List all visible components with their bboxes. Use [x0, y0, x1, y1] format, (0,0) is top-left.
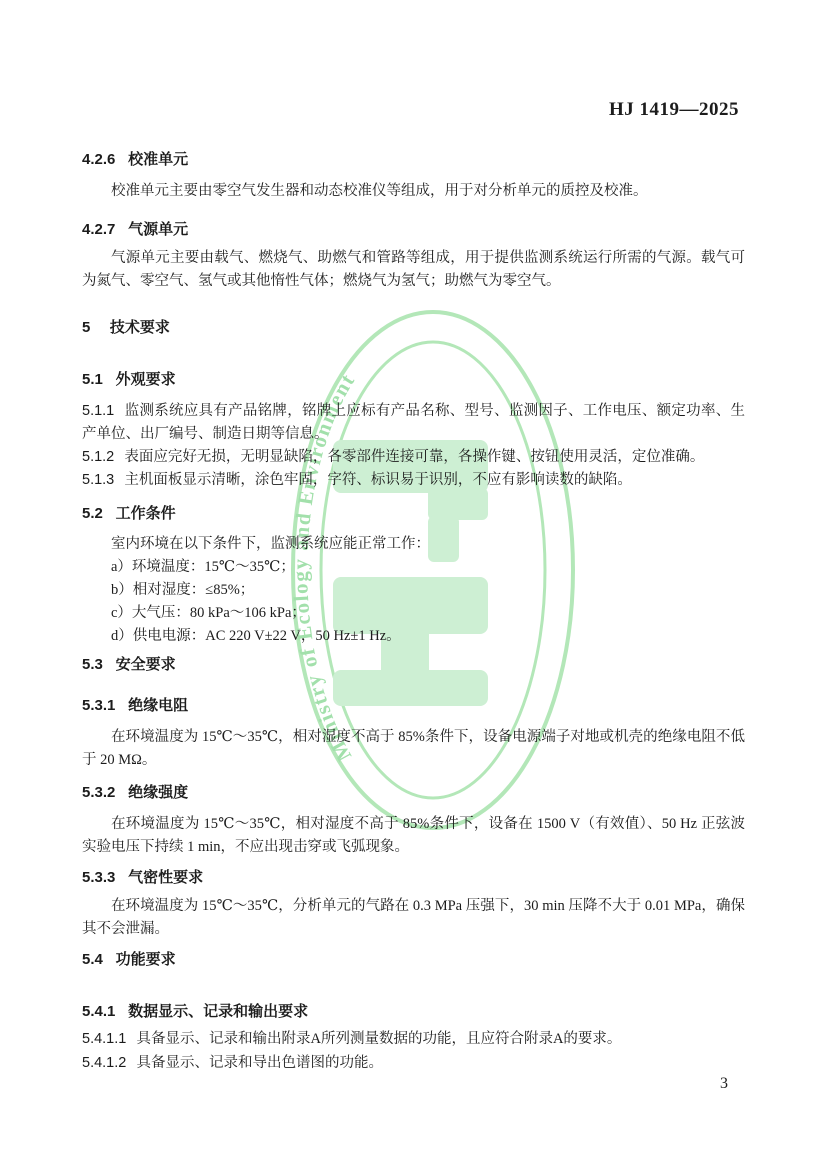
para-working-conditions-intro: 室内环境在以下条件下，监测系统应能正常工作： [82, 533, 745, 556]
heading-text: 功能要求 [116, 951, 176, 968]
clause-number: 5 [82, 319, 90, 336]
clause-text: 监测系统应具有产品铭牌，铭牌上应标有产品名称、型号、监测因子、工作电压、额定功率… [82, 403, 745, 442]
heading-5-3-3: 5.3.3气密性要求 [82, 866, 745, 889]
heading-4-2-7: 4.2.7气源单元 [82, 218, 745, 241]
clause-5-4-1-1: 5.4.1.1具备显示、记录和输出附录A所列测量数据的功能，且应符合附录A的要求… [82, 1028, 745, 1051]
para-gas-supply-unit: 气源单元主要由载气、燃烧气、助燃气和管路等组成，用于提供监测系统运行所需的气源。… [82, 247, 745, 293]
heading-5-2: 5.2工作条件 [82, 502, 745, 525]
clause-text: 具备显示、记录和输出附录A所列测量数据的功能，且应符合附录A的要求。 [136, 1031, 621, 1047]
clause-number: 5.3.3 [82, 869, 115, 886]
heading-text: 技术要求 [110, 319, 170, 336]
standard-document-page: Ministry of Ecology and Environment HJ 1… [0, 0, 827, 1170]
heading-text: 绝缘强度 [128, 784, 188, 801]
clause-number: 4.2.7 [82, 221, 115, 238]
clause-number: 5.3.2 [82, 784, 115, 801]
clause-text: 具备显示、记录和导出色谱图的功能。 [136, 1055, 383, 1071]
clause-number: 5.4.1.2 [82, 1055, 126, 1071]
clause-number: 5.2 [82, 505, 103, 522]
clause-5-1-2: 5.1.2表面应完好无损，无明显缺陷，各零部件连接可靠，各操作键、按钮使用灵活，… [82, 446, 745, 469]
heading-text: 外观要求 [116, 371, 176, 388]
heading-5-4-1: 5.4.1数据显示、记录和输出要求 [82, 1000, 745, 1023]
list-item-b: b）相对湿度：≤85%； [82, 579, 745, 602]
doc-code: HJ 1419—2025 [82, 100, 745, 120]
clause-number: 5.1.2 [82, 449, 114, 465]
para-calibration-unit: 校准单元主要由零空气发生器和动态校准仪等组成，用于对分析单元的质控及校准。 [82, 180, 745, 203]
heading-5-3: 5.3安全要求 [82, 653, 745, 676]
heading-text: 校准单元 [128, 151, 188, 168]
clause-number: 5.4.1.1 [82, 1031, 126, 1047]
heading-4-2-6: 4.2.6校准单元 [82, 148, 745, 171]
document-content: HJ 1419—2025 4.2.6校准单元 校准单元主要由零空气发生器和动态校… [0, 0, 827, 1170]
heading-text: 气密性要求 [128, 869, 203, 886]
heading-text: 安全要求 [116, 656, 176, 673]
heading-text: 数据显示、记录和输出要求 [128, 1003, 308, 1020]
clause-number: 5.1 [82, 371, 103, 388]
list-item-c: c）大气压：80 kPa～106 kPa； [82, 602, 745, 625]
clause-5-1-1: 5.1.1监测系统应具有产品铭牌，铭牌上应标有产品名称、型号、监测因子、工作电压… [82, 400, 745, 446]
clause-text: 主机面板显示清晰，涂色牢固，字符、标识易于识别，不应有影响读数的缺陷。 [124, 472, 632, 488]
heading-text: 绝缘电阻 [128, 697, 188, 714]
clause-text: 表面应完好无损，无明显缺陷，各零部件连接可靠，各操作键、按钮使用灵活，定位准确。 [124, 449, 704, 465]
clause-number: 5.4 [82, 951, 103, 968]
para-insulation-strength: 在环境温度为 15℃～35℃，相对湿度不高于 85%条件下，设备在 1500 V… [82, 813, 745, 859]
heading-5-4: 5.4功能要求 [82, 948, 745, 971]
clause-5-4-1-2: 5.4.1.2具备显示、记录和导出色谱图的功能。 [82, 1052, 745, 1075]
para-airtightness: 在环境温度为 15℃～35℃，分析单元的气路在 0.3 MPa 压强下，30 m… [82, 895, 745, 941]
clause-number: 5.3.1 [82, 697, 115, 714]
clause-number: 4.2.6 [82, 151, 115, 168]
list-item-d: d）供电电源：AC 220 V±22 V，50 Hz±1 Hz。 [82, 625, 745, 648]
heading-5: 5技术要求 [82, 316, 745, 339]
heading-5-3-1: 5.3.1绝缘电阻 [82, 694, 745, 717]
clause-5-1-3: 5.1.3主机面板显示清晰，涂色牢固，字符、标识易于识别，不应有影响读数的缺陷。 [82, 469, 745, 492]
clause-number: 5.3 [82, 656, 103, 673]
para-insulation-resistance: 在环境温度为 15℃～35℃，相对湿度不高于 85%条件下，设备电源端子对地或机… [82, 726, 745, 772]
clause-number: 5.1.3 [82, 472, 114, 488]
list-item-a: a）环境温度：15℃～35℃； [82, 556, 745, 579]
clause-number: 5.4.1 [82, 1003, 115, 1020]
clause-number: 5.1.1 [82, 403, 114, 419]
heading-text: 工作条件 [116, 505, 176, 522]
heading-5-3-2: 5.3.2绝缘强度 [82, 781, 745, 804]
heading-text: 气源单元 [128, 221, 188, 238]
heading-5-1: 5.1外观要求 [82, 368, 745, 391]
